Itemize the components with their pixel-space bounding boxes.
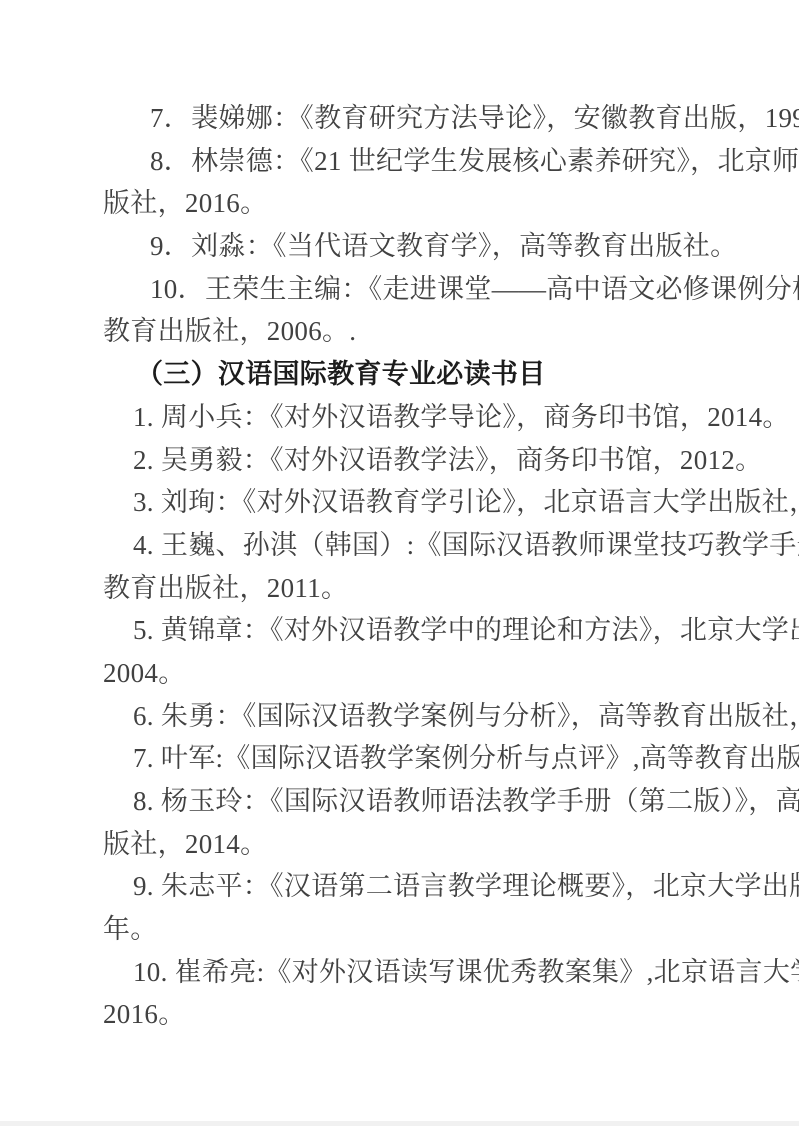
reading-list-text-block: 7．裴娣娜：《教育研究方法导论》，安徽教育出版，1995。8．林崇德：《21 世… (103, 97, 763, 1036)
text-line: 年。 (103, 908, 763, 951)
text-line: 2004。 (103, 652, 763, 695)
section-heading: （三）汉语国际教育专业必读书目 (103, 353, 763, 396)
text-line: 1. 周小兵：《对外汉语教学导论》，商务印书馆，2014。 (103, 396, 763, 439)
text-line: 8．林崇德：《21 世纪学生发展核心素养研究》，北京师范大学出 (103, 140, 763, 183)
page-edge-shadow (0, 1121, 799, 1126)
text-line: 9. 朱志平：《汉语第二语言教学理论概要》，北京大学出版社 2008 (103, 865, 763, 908)
text-line: 10. 崔希亮:《对外汉语读写课优秀教案集》,北京语言大学出版社， (103, 951, 763, 994)
text-line: 教育出版社，2011。 (103, 567, 763, 610)
document-page: 7．裴娣娜：《教育研究方法导论》，安徽教育出版，1995。8．林崇德：《21 世… (0, 0, 799, 1126)
text-line: 9．刘淼：《当代语文教育学》，高等教育出版社。 (103, 225, 763, 268)
text-line: 版社，2014。 (103, 823, 763, 866)
text-line: 2016。 (103, 993, 763, 1036)
text-line: 7．裴娣娜：《教育研究方法导论》，安徽教育出版，1995。 (103, 97, 763, 140)
text-line: 10．王荣生主编：《走进课堂——高中语文必修课例分析》，高等 (103, 268, 763, 311)
text-line: 6. 朱勇：《国际汉语教学案例与分析》，高等教育出版社，2015。 (103, 695, 763, 738)
text-line: 5. 黄锦章：《对外汉语教学中的理论和方法》，北京大学出版社， (103, 609, 763, 652)
text-line: 教育出版社，2006。. (103, 310, 763, 353)
text-line: 7. 叶军:《国际汉语教学案例分析与点评》,高等教育出版社 2015。 (103, 737, 763, 780)
text-line: 2. 吴勇毅：《对外汉语教学法》，商务印书馆，2012。 (103, 439, 763, 482)
text-line: 3. 刘珣：《对外汉语教育学引论》，北京语言大学出版社，2000。 (103, 481, 763, 524)
text-line: 版社，2016。 (103, 182, 763, 225)
text-line: 4. 王巍、孙淇（韩国）:《国际汉语教师课堂技巧教学手册》，高等 (103, 524, 763, 567)
text-line: 8. 杨玉玲：《国际汉语教师语法教学手册（第二版）》，高等教育出 (103, 780, 763, 823)
